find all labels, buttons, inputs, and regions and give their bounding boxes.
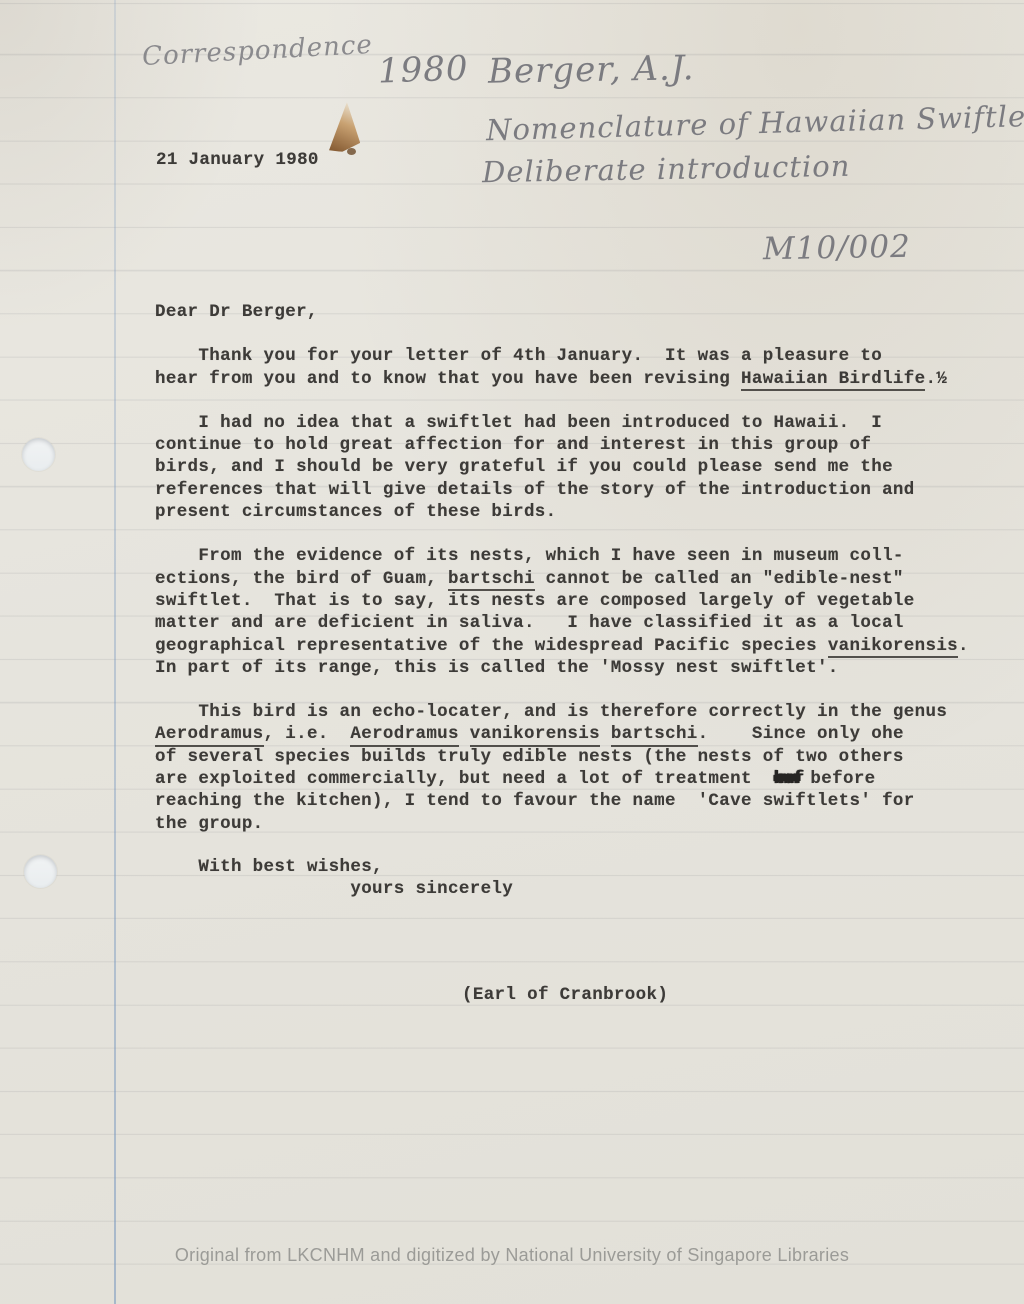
letter-paragraph: From the evidence of its nests, which I …	[155, 545, 983, 679]
annotation-year: 1980	[377, 48, 469, 91]
annotation-reference-code: M10/002	[763, 229, 911, 268]
letter-paragraph: Thank you for your letter of 4th January…	[155, 345, 983, 390]
letter-paragraphs: Thank you for your letter of 4th January…	[155, 345, 983, 835]
typed-text	[459, 724, 470, 744]
letter-closing: With best wishes, yours sincerely	[155, 856, 983, 901]
typed-text: This bird is an echo-locater, and is the…	[155, 702, 947, 722]
underlined-text: Aerodramus	[155, 724, 264, 747]
annotation-subject-2: Deliberate introduction	[482, 149, 851, 189]
underlined-text: Aerodramus	[350, 724, 459, 747]
letter-paragraph: This bird is an echo-locater, and is the…	[155, 701, 983, 835]
scanned-letter-page: Correspondence 1980 Berger, A.J. Nomencl…	[0, 0, 1024, 1304]
letter-date: 21 January 1980	[156, 149, 319, 171]
struck-out-text: bmmf	[774, 769, 800, 789]
letter-signature: (Earl of Cranbrook)	[462, 984, 668, 1006]
underlined-text: vanikorensis	[828, 636, 958, 659]
underlined-text: bartschi	[611, 724, 698, 747]
left-margin-line	[114, 0, 116, 1304]
underlined-text: Hawaiian Birdlife	[741, 369, 925, 392]
typed-text: .½	[925, 369, 947, 389]
letter-paragraph: I had no idea that a swiftlet had been i…	[155, 412, 983, 523]
stain-speck	[347, 148, 356, 155]
typed-text: , i.e.	[264, 724, 351, 744]
typed-text	[600, 724, 611, 744]
letter-salutation: Dear Dr Berger,	[155, 301, 983, 323]
footer-watermark: Original from LKCNHM and digitized by Na…	[0, 1245, 1024, 1266]
hole-punch-bottom	[24, 855, 57, 888]
underlined-text: bartschi	[448, 569, 535, 592]
underlined-text: vanikorensis	[470, 724, 600, 747]
hole-punch-top	[22, 438, 55, 471]
typed-text: I had no idea that a swiftlet had been i…	[155, 413, 915, 522]
letter-body: Dear Dr Berger, Thank you for your lette…	[155, 301, 983, 901]
annotation-author: Berger, A.J.	[488, 48, 695, 92]
